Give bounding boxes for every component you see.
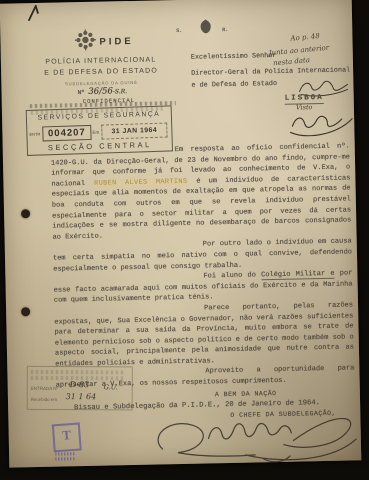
document-paper: PIDE POLÍCIA INTERNACIONAL E DE DEFESA D…: [0, 0, 361, 468]
top-mark-right: R.: [222, 27, 228, 33]
received-stamp-received-value: 31 1 64: [66, 392, 97, 401]
archive-stamp-smalltext2: [55, 457, 75, 460]
pide-emblem-icon: [74, 29, 96, 51]
letter-body: Em resposta ao ofício confidencial nº. 1…: [51, 141, 355, 391]
received-stamp-entry-value: D-83: [70, 380, 89, 389]
handwritten-note-line2: Junta ao anterior: [268, 44, 329, 57]
archive-stamp: T: [52, 422, 82, 452]
handwritten-note-line1: Ao p. 48: [290, 32, 320, 43]
photo-background: PIDE POLÍCIA INTERNACIONAL E DE DEFESA D…: [0, 0, 369, 480]
reference-suffix: -S.R.: [113, 88, 127, 95]
entry-stamp-em-label: Em: [92, 130, 99, 135]
underlined-college-name: Colégio Militar e: [261, 270, 335, 281]
received-stamp: ENTRADA Nº D-83 G.U. Recebido em 31 1 64: [27, 366, 133, 411]
received-stamp-received-label: Recebido em: [31, 397, 58, 402]
paragraph3-text-before: Foi aluno do: [203, 271, 261, 280]
visto-signature: [288, 108, 355, 136]
top-mark-left: S.: [176, 28, 182, 34]
received-stamp-entry-extra: G.U.: [104, 383, 118, 391]
handwritten-note-line3: nesta data: [273, 56, 311, 67]
entry-stamp-date: 31 JAN 1964: [101, 123, 167, 140]
punch-hole-bottom: [21, 307, 30, 316]
punch-hole-top: [21, 209, 30, 218]
closing-motto: A BEM DA NAÇÃO: [215, 390, 277, 398]
addressee-line1: Excelentíssimo Senhor: [191, 52, 277, 62]
archive-stamp-letter: T: [54, 427, 79, 445]
entry-stamp-number: 004207: [42, 125, 91, 142]
received-stamp-entry-label: ENTRADA Nº: [31, 386, 58, 391]
body-paragraph-1: Em resposta ao ofício confidencial nº. 1…: [51, 141, 352, 243]
reference-number: 36/56: [88, 86, 113, 97]
entry-stamp-entr-label: ENTR: [29, 132, 40, 137]
archive-stamp-smalltext1: [55, 452, 75, 455]
org-name-line2: E DE DEFESA DO ESTADO: [31, 67, 171, 77]
received-stamp-header-smudge1: [31, 370, 125, 374]
org-abbreviation: PIDE: [99, 36, 133, 48]
highlighted-subject-name: RUBEN ALVES MARTINS: [93, 178, 188, 188]
national-emblem-icon: [200, 19, 211, 33]
chief-signature: [148, 406, 361, 468]
body-paragraph-4: Parece portanto, pelas razões expostas, …: [54, 300, 354, 370]
addressee-line3: e de Defesa do Estado: [191, 80, 277, 90]
reference-number-line: Nº 36/56-S.R.: [77, 86, 127, 97]
org-name-line1: POLÍCIA INTERNACIONAL: [31, 56, 171, 66]
reference-prefix: Nº: [77, 89, 84, 96]
pen-mark-icon: [26, 5, 44, 21]
